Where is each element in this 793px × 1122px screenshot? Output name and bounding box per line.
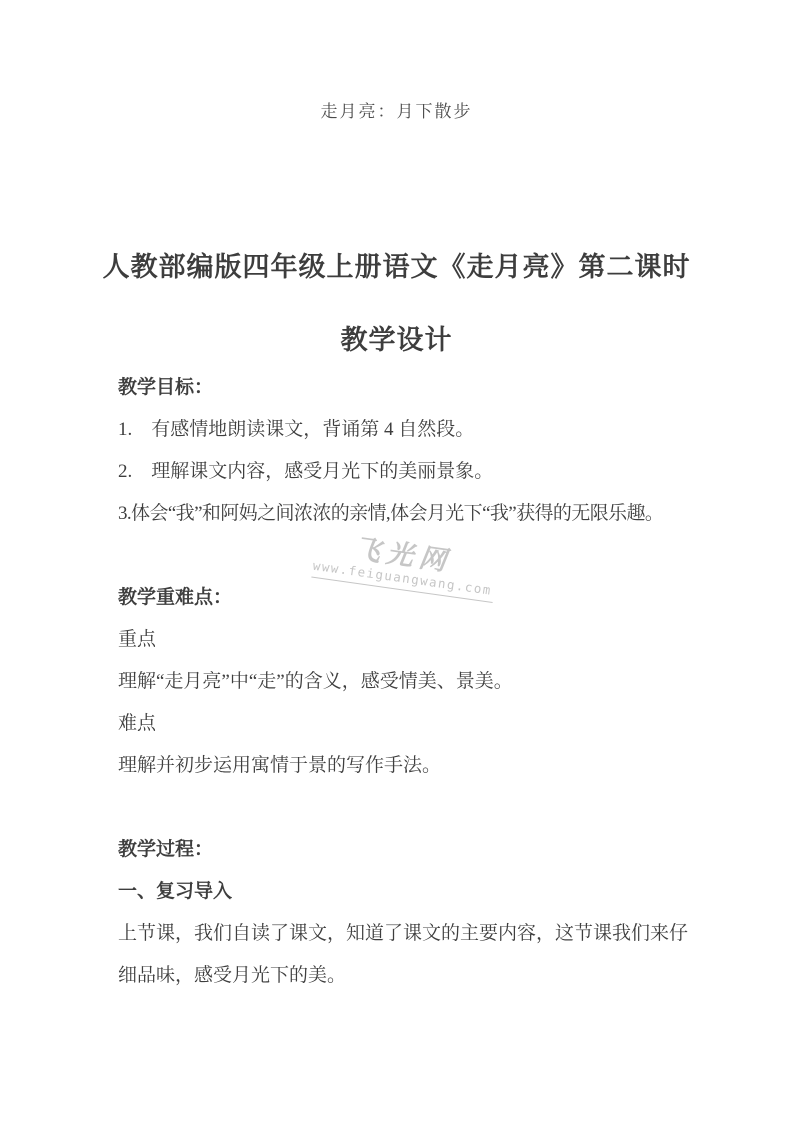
document-page: 走月亮：月下散步 人教部编版四年级上册语文《走月亮》第二课时 教学设计 教学目标… <box>0 0 793 1122</box>
focus-text: 理解“走月亮”中“走”的含义，感受情美、景美。 <box>118 661 690 703</box>
focus-label: 重点 <box>118 619 690 661</box>
key-points-heading: 教学重难点： <box>118 577 690 619</box>
document-title: 人教部编版四年级上册语文《走月亮》第二课时 教学设计 <box>0 250 793 357</box>
difficulty-label: 难点 <box>118 703 690 745</box>
blank-line <box>118 787 690 829</box>
blank-line <box>118 535 690 577</box>
objective-item-2: 2. 理解课文内容，感受月光下的美丽景象。 <box>118 451 690 493</box>
process-heading: 教学过程： <box>118 829 690 871</box>
objective-item-1: 1. 有感情地朗读课文，背诵第 4 自然段。 <box>118 409 690 451</box>
title-line-1: 人教部编版四年级上册语文《走月亮》第二课时 <box>0 250 793 284</box>
page-header: 走月亮：月下散步 <box>0 0 793 124</box>
document-body: 教学目标： 1. 有感情地朗读课文，背诵第 4 自然段。 2. 理解课文内容，感… <box>118 367 690 997</box>
objective-item-3: 3.体会“我”和阿妈之间浓浓的亲情,体会月光下“我”获得的无限乐趣。 <box>118 493 690 535</box>
process-step1-text: 上节课，我们自读了课文，知道了课文的主要内容，这节课我们来仔细品味，感受月光下的… <box>118 913 690 997</box>
difficulty-text: 理解并初步运用寓情于景的写作手法。 <box>118 745 690 787</box>
title-line-2: 教学设计 <box>0 323 793 357</box>
objectives-heading: 教学目标： <box>118 367 690 409</box>
process-step1-heading: 一、复习导入 <box>118 871 690 913</box>
